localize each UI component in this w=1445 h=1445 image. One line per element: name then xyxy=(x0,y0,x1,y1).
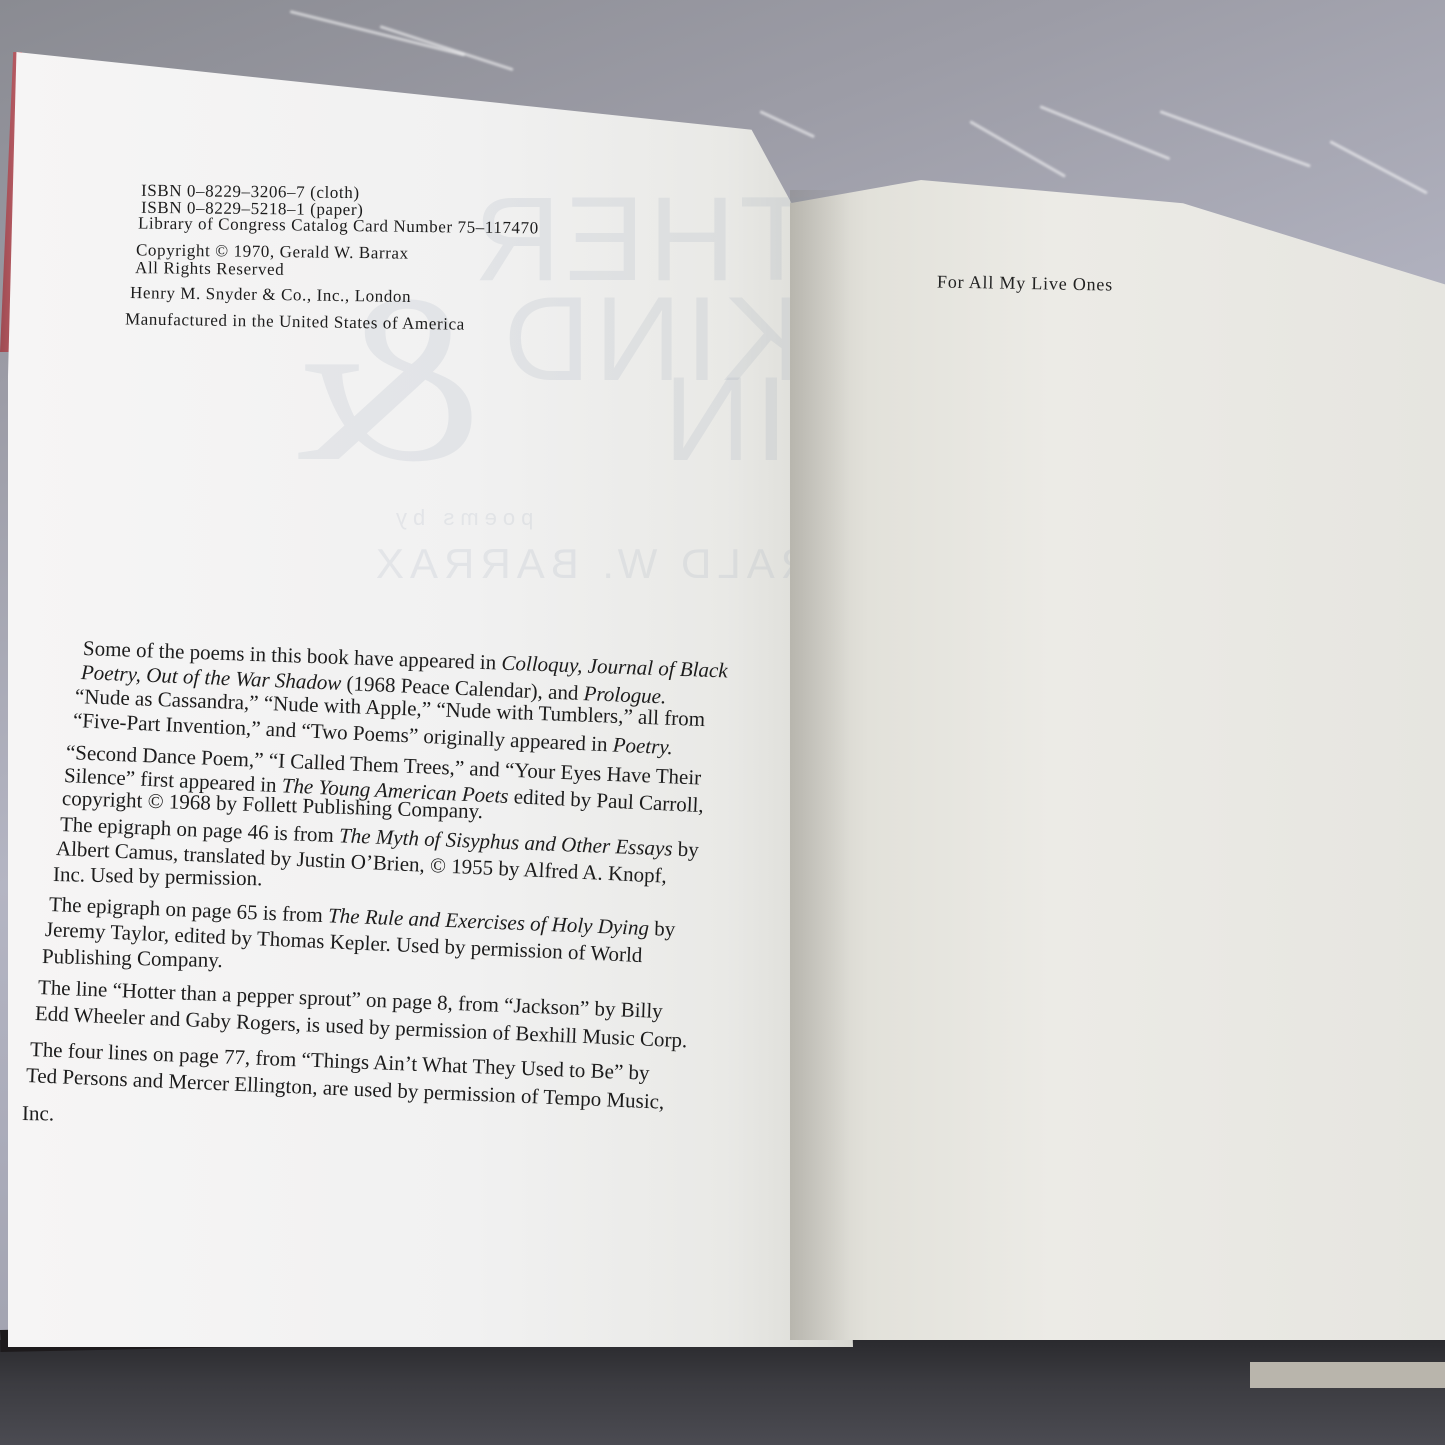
table-surface xyxy=(0,1340,1445,1445)
glare-streak xyxy=(1039,105,1170,160)
glare-streak xyxy=(290,10,465,56)
dedication: For All My Live Ones xyxy=(937,271,1113,295)
right-page xyxy=(790,180,1445,1340)
glare-streak xyxy=(1329,140,1428,194)
acknowledgment-line: Inc. Used by permission. xyxy=(53,862,263,891)
copyright-line: All Rights Reserved xyxy=(135,258,285,280)
ghost-ampersand: & xyxy=(290,240,481,516)
glare-streak xyxy=(380,25,514,71)
text-run: Inc. xyxy=(22,1101,54,1125)
glare-streak xyxy=(1159,110,1310,168)
italic-title: Poetry. xyxy=(612,733,673,760)
text-run: Publishing Company. xyxy=(42,944,223,972)
page-block-edge xyxy=(1250,1362,1445,1388)
ghost-byline-small: poems by xyxy=(390,505,533,531)
gutter-shadow xyxy=(790,190,850,1340)
acknowledgment-line: Publishing Company. xyxy=(42,944,223,973)
text-run: by xyxy=(672,837,699,862)
text-run: Inc. Used by permission. xyxy=(53,862,263,890)
glare-streak xyxy=(759,110,815,138)
copyright-line: Henry M. Snyder & Co., Inc., London xyxy=(130,283,411,307)
acknowledgment-line: Inc. xyxy=(22,1101,54,1126)
text-run: by xyxy=(649,916,676,941)
